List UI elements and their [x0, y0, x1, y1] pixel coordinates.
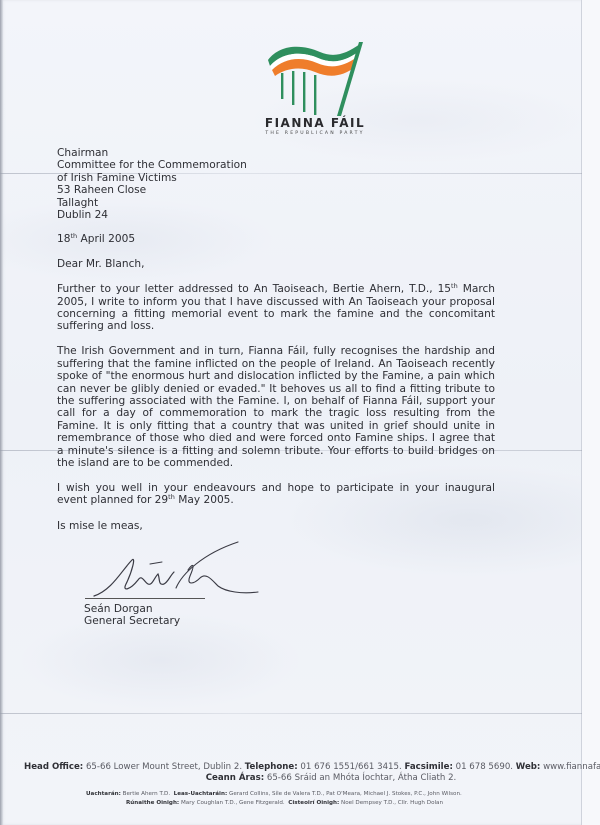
footer-contact-line: Head Office: 65-66 Lower Mount Street, D… — [24, 762, 584, 772]
address-line: Tallaght — [57, 197, 495, 209]
address-line: Committee for the Commemoration — [57, 159, 495, 171]
recipient-address: Chairman Committee for the Commemoration… — [57, 147, 495, 221]
fold-line — [0, 713, 582, 714]
signer-title: General Secretary — [84, 615, 180, 627]
handwritten-signature — [92, 540, 262, 600]
paragraph-1: Further to your letter addressed to An T… — [57, 283, 495, 333]
signer-block: Seán Dorgan General Secretary — [84, 603, 180, 628]
address-line: 53 Raheen Close — [57, 184, 495, 196]
salutation: Dear Mr. Blanch, — [57, 258, 495, 270]
signature-line — [85, 598, 205, 599]
party-name: FIANNA FÁIL — [250, 116, 380, 130]
website-link: www.fiannafail.ie — [543, 762, 600, 772]
footer-secretaries-line: Rúnaithe Oinigh: Mary Coughlan T.D., Gen… — [126, 800, 443, 806]
address-line: Chairman — [57, 147, 495, 159]
closing: Is mise le meas, — [57, 520, 495, 532]
address-line: Dublin 24 — [57, 209, 495, 221]
address-line: of Irish Famine Victims — [57, 172, 495, 184]
signer-name: Seán Dorgan — [84, 603, 180, 615]
party-tagline: THE REPUBLICAN PARTY — [250, 131, 380, 136]
harp-flag-icon — [250, 30, 380, 116]
letter-body: Chairman Committee for the Commemoration… — [57, 147, 495, 532]
paragraph-2: The Irish Government and in turn, Fianna… — [57, 345, 495, 469]
letter-date: 18th April 2005 — [57, 233, 495, 245]
footer-officers-line: Uachtarán: Bertie Ahern T.D. Leas-Uachta… — [86, 791, 462, 797]
letter-page: FIANNA FÁIL THE REPUBLICAN PARTY Chairma… — [0, 0, 582, 825]
party-logo: FIANNA FÁIL THE REPUBLICAN PARTY — [250, 30, 380, 135]
paper-edge — [0, 0, 3, 825]
paragraph-3: I wish you well in your endeavours and h… — [57, 482, 495, 507]
footer-irish-address: Ceann Áras: 65-66 Sráid an Mhóta Íochtar… — [0, 773, 582, 783]
